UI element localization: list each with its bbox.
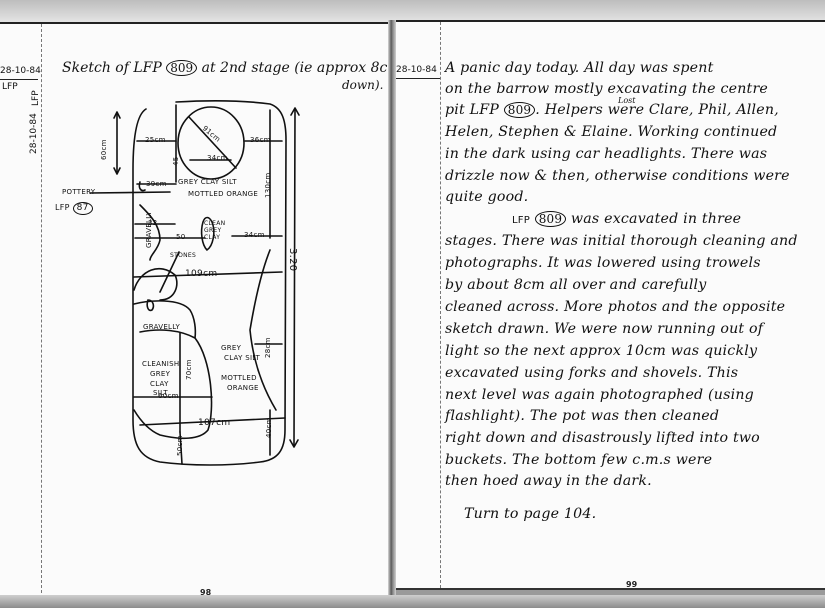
insertion-note: Lost bbox=[618, 96, 635, 105]
closing-note: Turn to page 104. bbox=[464, 506, 596, 522]
scan-bottom-edge bbox=[0, 595, 825, 608]
feature-number-circled: 809 bbox=[504, 102, 536, 118]
journal-line: flashlight). The pot was then cleaned bbox=[445, 408, 719, 424]
feature-number-circled: 809 bbox=[535, 211, 567, 227]
journal-line: pit LFP 809. Helpers were Clare, Phil, A… bbox=[445, 102, 779, 118]
journal-line: by about 8cm all over and carefully bbox=[445, 277, 707, 293]
journal-line: sketch drawn. We were now running out of bbox=[445, 321, 763, 337]
journal-line: LFP 809 was excavated in three bbox=[512, 211, 741, 227]
margin-line bbox=[440, 22, 441, 588]
journal-line: buckets. The bottom few c.m.s were bbox=[445, 452, 712, 468]
journal-line: stages. There was initial thorough clean… bbox=[445, 233, 798, 249]
journal-line: light so the next approx 10cm was quickl… bbox=[445, 343, 757, 359]
journal-line: Helen, Stephen & Elaine. Working continu… bbox=[445, 124, 777, 140]
journal-line: in the dark using car headlights. There … bbox=[445, 146, 767, 162]
journal-line: A panic day today. All day was spent bbox=[445, 60, 714, 76]
journal-line: quite good. bbox=[445, 189, 528, 205]
notebook-gutter bbox=[388, 20, 396, 596]
journal-line: next level was again photographed (using bbox=[445, 387, 754, 403]
date-underline bbox=[396, 78, 440, 79]
journal-line: drizzle now & then, otherwise conditions… bbox=[445, 168, 790, 184]
journal-line: then hoed away in the dark. bbox=[445, 473, 652, 489]
journal-line: photographs. It was lowered using trowel… bbox=[445, 255, 761, 271]
journal-line: on the barrow mostly excavating the cent… bbox=[445, 81, 768, 97]
notebook-page-right: 28-10-84 A panic day today. All day was … bbox=[396, 20, 825, 590]
page-number-right: 99 bbox=[626, 580, 637, 589]
margin-date: 28-10-84 bbox=[396, 65, 437, 75]
journal-line: cleaned across. More photos and the oppo… bbox=[445, 299, 785, 315]
overall-length: 3.20 bbox=[287, 248, 298, 271]
pit-circle bbox=[178, 107, 244, 179]
pit-plan-sketch bbox=[0, 0, 400, 600]
pottery-label: POTTERY bbox=[62, 188, 95, 196]
journal-line: excavated using forks and shovels. This bbox=[445, 365, 738, 381]
journal-line: right down and disastrously lifted into … bbox=[445, 430, 760, 446]
pottery-ref: LFP 87 bbox=[55, 202, 93, 215]
